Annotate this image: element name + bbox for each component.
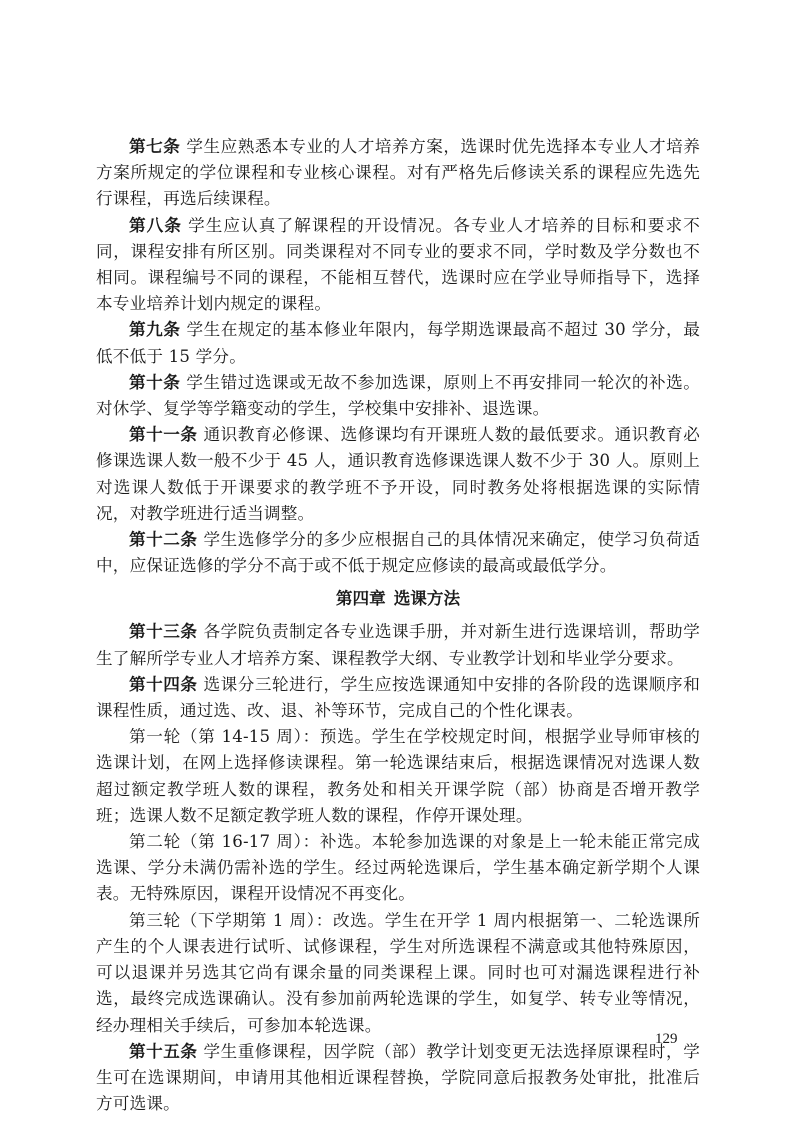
chapter-title: 选课方法 xyxy=(394,589,460,608)
article-label: 第十二条 xyxy=(129,530,198,549)
article-text: 学生错过选课或无故不参加选课，原则上不再安排同一轮次的补选。对休学、复学等学籍变… xyxy=(96,373,700,418)
article-9: 第九条学生在规定的基本修业年限内，每学期选课最高不超过 30 学分，最低不低于 … xyxy=(96,317,700,369)
page-number: 129 xyxy=(655,1031,678,1048)
article-8: 第八条学生应认真了解课程的开设情况。各专业人才培养的目标和要求不同，课程安排有所… xyxy=(96,213,700,318)
article-7: 第七条学生应熟悉本专业的人才培养方案，选课时优先选择本专业人才培养方案所规定的学… xyxy=(96,134,700,213)
article-15: 第十五条学生重修课程，因学院（部）教学计划变更无法选择原课程时，学生可在选课期间… xyxy=(96,1039,700,1118)
article-label: 第十条 xyxy=(129,373,180,392)
article-14: 第十四条选课分三轮进行，学生应按选课通知中安排的各阶段的选课顺序和课程性质，通过… xyxy=(96,672,700,724)
article-13: 第十三条各学院负责制定各专业选课手册，并对新生进行选课培训，帮助学生了解所学专业… xyxy=(96,619,700,671)
chapter-heading: 第四章选课方法 xyxy=(96,586,700,612)
round-1-paragraph: 第一轮（第 14-15 周）：预选。学生在学校规定时间，根据学业导师审核的选课计… xyxy=(96,724,700,829)
round-3-paragraph: 第三轮（下学期第 1 周）：改选。学生在开学 1 周内根据第一、二轮选课所产生的… xyxy=(96,908,700,1039)
round-2-paragraph: 第二轮（第 16-17 周）：补选。本轮参加选课的对象是上一轮未能正常完成选课、… xyxy=(96,829,700,908)
article-text: 学生在规定的基本修业年限内，每学期选课最高不超过 30 学分，最低不低于 15 … xyxy=(96,320,700,365)
article-label: 第八条 xyxy=(129,216,182,235)
article-text: 学生应认真了解课程的开设情况。各专业人才培养的目标和要求不同，课程安排有所区别。… xyxy=(96,216,700,314)
article-label: 第十一条 xyxy=(129,425,198,444)
article-label: 第九条 xyxy=(129,320,181,339)
article-label: 第十四条 xyxy=(129,675,198,694)
article-label: 第十五条 xyxy=(129,1042,198,1061)
article-11: 第十一条通识教育必修课、选修课均有开课班人数的最低要求。通识教育必修课选课人数一… xyxy=(96,422,700,527)
article-12: 第十二条学生选修学分的多少应根据自己的具体情况来确定，使学习负荷适中，应保证选修… xyxy=(96,527,700,579)
document-page: 第七条学生应熟悉本专业的人才培养方案，选课时优先选择本专业人才培养方案所规定的学… xyxy=(96,134,700,1117)
article-label: 第十三条 xyxy=(129,622,198,641)
article-10: 第十条学生错过选课或无故不参加选课，原则上不再安排同一轮次的补选。对休学、复学等… xyxy=(96,370,700,422)
article-text: 学生应熟悉本专业的人才培养方案，选课时优先选择本专业人才培养方案所规定的学位课程… xyxy=(96,137,700,208)
chapter-number: 第四章 xyxy=(336,589,386,608)
article-label: 第七条 xyxy=(129,137,180,156)
